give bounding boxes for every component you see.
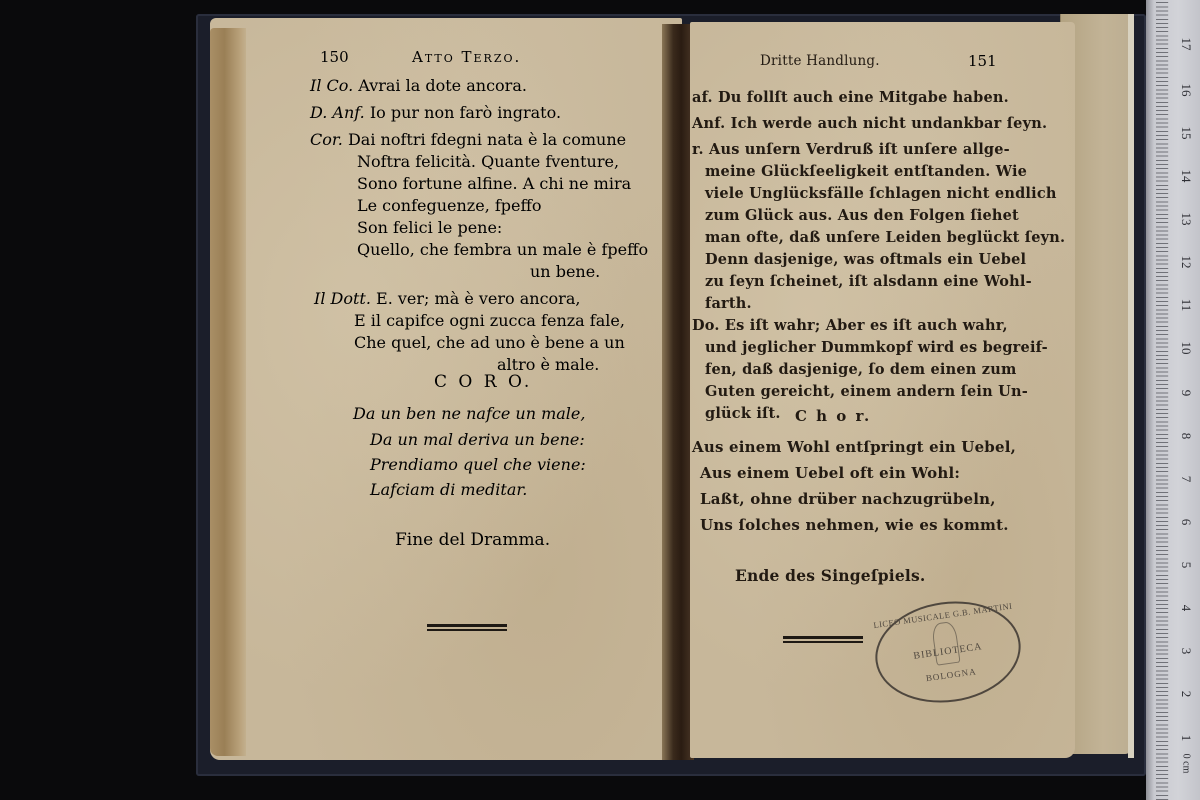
right-page-number: 151 (968, 50, 997, 73)
chorus-line: Da un mal deriva un bene: (370, 428, 585, 451)
speaker: D. Anf. (310, 103, 365, 122)
speaker: Cor. (310, 130, 343, 149)
dialogue-line: Sono fortune alfine. A chi ne mira (357, 172, 631, 195)
dialogue-line: Le confeguenze, fpeffo (357, 194, 542, 217)
dialogue-line: zu ſeyn ſcheinet, iſt alsdann eine Wohl- (705, 270, 1032, 293)
dialogue-line: glück iſt. (705, 402, 781, 425)
left-page-number: 150 (320, 46, 349, 69)
dialogue-line: fen, daß dasjenige, ſo dem einen zum (705, 358, 1017, 381)
ruler-mark: 12 (1178, 252, 1194, 272)
ruler-mark: 4 (1178, 598, 1194, 618)
ruler-mark: 3 (1178, 641, 1194, 661)
dialogue-line: Anf. Ich werde auch nicht undankbar ſeyn… (692, 112, 1047, 135)
dialogue-line: Cor. Dai noftri fdegni nata è la comune (310, 128, 626, 151)
chorus-line: Laßt, ohne drüber nachzugrübeln, (700, 488, 996, 511)
dialogue-line: viele Unglücksfälle ſchlagen nicht endli… (705, 182, 1057, 205)
left-running-head: Atto Terzo. (412, 46, 521, 69)
dialogue-line: Do. Es iſt wahr; Aber es iſt auch wahr, (692, 314, 1008, 337)
left-fore-edge (210, 28, 246, 756)
measurement-ruler: 0 cm 1 2 3 4 5 6 7 8 9 10 11 12 13 14 15… (1146, 0, 1200, 800)
decorative-rule (783, 636, 863, 644)
dialogue-line: Quello, che fembra un male è fpeffo (357, 238, 648, 261)
dialogue-line: af. Du follſt auch eine Mitgabe haben. (692, 86, 1009, 109)
right-running-head: Dritte Handlung. (760, 50, 880, 73)
end-of-drama: Fine del Dramma. (395, 529, 550, 552)
ruler-mark: 6 (1178, 512, 1194, 532)
ruler-mark: 5 (1178, 555, 1194, 575)
dialogue-line: man ofte, daß unſere Leiden beglückt ſey… (705, 226, 1065, 249)
dialogue-line: Il Dott. E. ver; mà è vero ancora, (314, 287, 580, 310)
dialogue-line: Noftra felicità. Quante fventure, (357, 150, 619, 173)
dialogue-line: D. Anf. Io pur non farò ingrato. (310, 101, 561, 124)
chorus-line: Prendiamo quel che viene: (370, 453, 586, 476)
ruler-mark: 2 (1178, 684, 1194, 704)
dialogue-line: Che quel, che ad uno è bene a un (354, 331, 625, 354)
chorus-line: Aus einem Wohl entſpringt ein Uebel, (692, 436, 1016, 459)
ruler-mark: 9 (1178, 383, 1194, 403)
dialogue-line: Guten gereicht, einem andern ſein Un- (705, 380, 1028, 403)
book-scan: 150 Atto Terzo. Il Co. Avrai la dote anc… (0, 0, 1200, 800)
dialogue-line: meine Glückſeeligkeit entſtanden. Wie (705, 160, 1027, 183)
page-edge (1128, 14, 1134, 758)
ruler-mark: 7 (1178, 469, 1194, 489)
dialogue-line: E il capifce ogni zucca fenza fale, (354, 309, 625, 332)
ruler-mark: 10 (1178, 338, 1194, 358)
ruler-mark: 17 (1178, 34, 1194, 54)
dialogue-line: r. Aus unſern Verdruß iſt unſere allge- (692, 138, 1010, 161)
decorative-rule (427, 624, 507, 632)
dialogue-line: Son felici le pene: (357, 216, 502, 239)
dialogue-line: zum Glück aus. Aus den Folgen ſiehet (705, 204, 1019, 227)
ruler-mark: 1 (1178, 728, 1194, 748)
stamp-emblem-icon (931, 621, 961, 666)
chorus-heading-italian: C O R O. (434, 371, 532, 394)
ruler-ticks (1156, 0, 1178, 800)
ruler-mark: 8 (1178, 426, 1194, 446)
ruler-mark: 11 (1178, 295, 1194, 315)
dialogue-line: und jeglicher Dummkopf wird es begreif- (705, 336, 1048, 359)
ruler-mark: 16 (1178, 80, 1194, 100)
ruler-mark: 13 (1178, 209, 1194, 229)
chorus-line: Aus einem Uebel oft ein Wohl: (700, 462, 960, 485)
dialogue-line: farth. (705, 292, 752, 315)
chorus-line: Lafciam di meditar. (370, 478, 527, 501)
dialogue-line: Il Co. Avrai la dote ancora. (310, 74, 527, 97)
chorus-line: Da un ben ne nafce un male, (353, 402, 585, 425)
speaker: Il Co. (310, 76, 353, 95)
chorus-line: Uns ſolches nehmen, wie es kommt. (700, 514, 1009, 537)
ruler-unit-label: 0 cm (1181, 754, 1192, 774)
dialogue-line: Denn dasjenige, was oftmals ein Uebel (705, 248, 1026, 271)
end-of-singspiel: Ende des Singeſpiels. (735, 564, 926, 587)
speaker: Il Dott. (314, 289, 371, 308)
chorus-heading-german: C h o r. (795, 405, 871, 428)
ruler-mark: 14 (1178, 166, 1194, 186)
dialogue-line: un bene. (530, 260, 600, 283)
ruler-mark: 15 (1178, 123, 1194, 143)
